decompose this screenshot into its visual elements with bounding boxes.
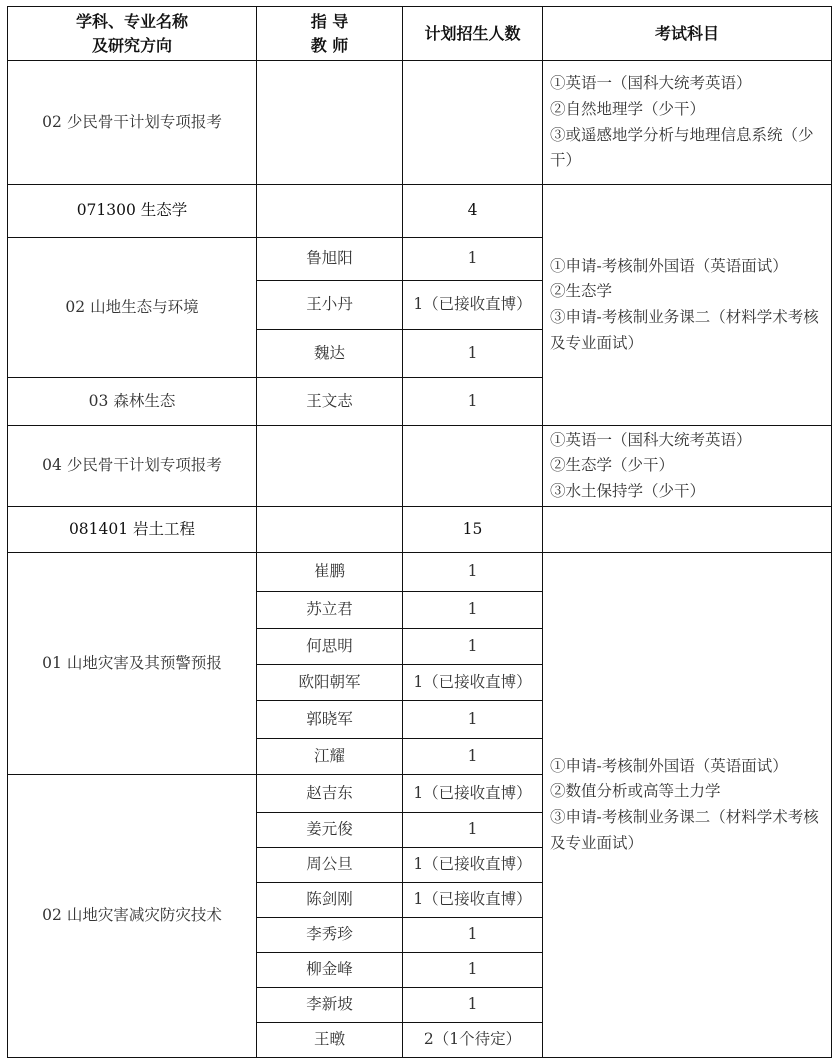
advisor-cell: 李秀珍 <box>257 918 403 953</box>
quota-cell <box>403 61 543 185</box>
enrollment-plan-table: 学科、专业名称 及研究方向 指 导 教 师 计划招生人数 考试科目 02 少民骨… <box>7 6 832 1058</box>
quota-cell: 1 <box>403 629 543 665</box>
exam-line: ①申请-考核制外国语（英语面试） <box>550 754 827 780</box>
header-advisor-line1: 指 导 <box>257 10 402 34</box>
advisor-cell: 何思明 <box>257 629 403 665</box>
direction-cell: 03 森林生态 <box>8 378 257 426</box>
exam-line: ③申请-考核制业务课二（材料学术考核及专业面试） <box>550 805 827 856</box>
advisor-cell: 崔鹏 <box>257 553 403 592</box>
advisor-cell: 陈剑刚 <box>257 883 403 918</box>
advisor-cell: 江耀 <box>257 739 403 775</box>
advisor-cell: 赵吉东 <box>257 775 403 813</box>
direction-cell: 04 少民骨干计划专项报考 <box>8 426 257 507</box>
direction-cell: 01 山地灾害及其预警预报 <box>8 553 257 775</box>
quota-cell: 1（已接收直博） <box>403 281 543 330</box>
advisor-cell: 苏立君 <box>257 592 403 629</box>
header-advisor-line2: 教 师 <box>257 34 402 58</box>
exam-line: ①申请-考核制外国语（英语面试） <box>550 254 827 280</box>
quota-cell: 1 <box>403 701 543 739</box>
table-row: 02 少民骨干计划专项报考 ①英语一（国科大统考英语） ②自然地理学（少干） ③… <box>8 61 832 185</box>
header-major-line2: 及研究方向 <box>8 34 256 58</box>
exam-cell: ①英语一（国科大统考英语） ②自然地理学（少干） ③或遥感地学分析与地理信息系统… <box>543 61 832 185</box>
header-major-line1: 学科、专业名称 <box>8 10 256 34</box>
advisor-cell: 姜元俊 <box>257 813 403 848</box>
advisor-cell <box>257 507 403 553</box>
quota-cell: 1 <box>403 378 543 426</box>
quota-cell: 1 <box>403 988 543 1023</box>
table-row: 01 山地灾害及其预警预报 崔鹏 1 ①申请-考核制外国语（英语面试） ②数值分… <box>8 553 832 592</box>
quota-cell: 1 <box>403 953 543 988</box>
quota-cell: 1 <box>403 592 543 629</box>
exam-line: ③或遥感地学分析与地理信息系统（少干） <box>550 123 827 174</box>
major-row: 081401 岩土工程 15 <box>8 507 832 553</box>
advisor-cell: 魏达 <box>257 330 403 378</box>
quota-cell: 1（已接收直博） <box>403 775 543 813</box>
advisor-cell: 王暾 <box>257 1023 403 1058</box>
header-major: 学科、专业名称 及研究方向 <box>8 7 257 61</box>
exam-cell: ①申请-考核制外国语（英语面试） ②数值分析或高等土力学 ③申请-考核制业务课二… <box>543 553 832 1058</box>
quota-cell <box>403 426 543 507</box>
exam-line: ①英语一（国科大统考英语） <box>550 428 827 454</box>
quota-cell: 1 <box>403 238 543 281</box>
header-quota: 计划招生人数 <box>403 7 543 61</box>
exam-line: ③申请-考核制业务课二（材料学术考核及专业面试） <box>550 305 827 356</box>
advisor-cell <box>257 61 403 185</box>
advisor-cell <box>257 185 403 238</box>
major-cell: 071300 生态学 <box>8 185 257 238</box>
advisor-cell: 郭晓军 <box>257 701 403 739</box>
exam-cell <box>543 507 832 553</box>
quota-cell: 1（已接收直博） <box>403 883 543 918</box>
exam-cell: ①英语一（国科大统考英语） ②生态学（少干） ③水土保持学（少干） <box>543 426 832 507</box>
advisor-cell <box>257 426 403 507</box>
table-header-row: 学科、专业名称 及研究方向 指 导 教 师 计划招生人数 考试科目 <box>8 7 832 61</box>
header-exam: 考试科目 <box>543 7 832 61</box>
direction-cell: 02 山地生态与环境 <box>8 238 257 378</box>
advisor-cell: 王小丹 <box>257 281 403 330</box>
exam-line: ③水土保持学（少干） <box>550 479 827 505</box>
quota-total-cell: 4 <box>403 185 543 238</box>
quota-cell: 1 <box>403 553 543 592</box>
quota-cell: 1 <box>403 918 543 953</box>
major-cell: 081401 岩土工程 <box>8 507 257 553</box>
exam-line: ①英语一（国科大统考英语） <box>550 71 827 97</box>
quota-cell: 1 <box>403 330 543 378</box>
advisor-cell: 李新坡 <box>257 988 403 1023</box>
exam-cell: ①申请-考核制外国语（英语面试） ②生态学 ③申请-考核制业务课二（材料学术考核… <box>543 185 832 426</box>
direction-cell: 02 山地灾害减灾防灾技术 <box>8 775 257 1058</box>
header-advisor: 指 导 教 师 <box>257 7 403 61</box>
quota-cell: 1（已接收直博） <box>403 848 543 883</box>
exam-line: ②自然地理学（少干） <box>550 97 827 123</box>
major-row: 071300 生态学 4 ①申请-考核制外国语（英语面试） ②生态学 ③申请-考… <box>8 185 832 238</box>
exam-line: ②数值分析或高等土力学 <box>550 779 827 805</box>
quota-cell: 1（已接收直博） <box>403 665 543 701</box>
advisor-cell: 周公旦 <box>257 848 403 883</box>
advisor-cell: 柳金峰 <box>257 953 403 988</box>
quota-cell: 2（1个待定） <box>403 1023 543 1058</box>
direction-cell: 02 少民骨干计划专项报考 <box>8 61 257 185</box>
advisor-cell: 王文志 <box>257 378 403 426</box>
quota-cell: 1 <box>403 739 543 775</box>
exam-line: ②生态学（少干） <box>550 453 827 479</box>
quota-cell: 1 <box>403 813 543 848</box>
advisor-cell: 鲁旭阳 <box>257 238 403 281</box>
table-row: 04 少民骨干计划专项报考 ①英语一（国科大统考英语） ②生态学（少干） ③水土… <box>8 426 832 507</box>
exam-line: ②生态学 <box>550 279 827 305</box>
advisor-cell: 欧阳朝军 <box>257 665 403 701</box>
quota-total-cell: 15 <box>403 507 543 553</box>
